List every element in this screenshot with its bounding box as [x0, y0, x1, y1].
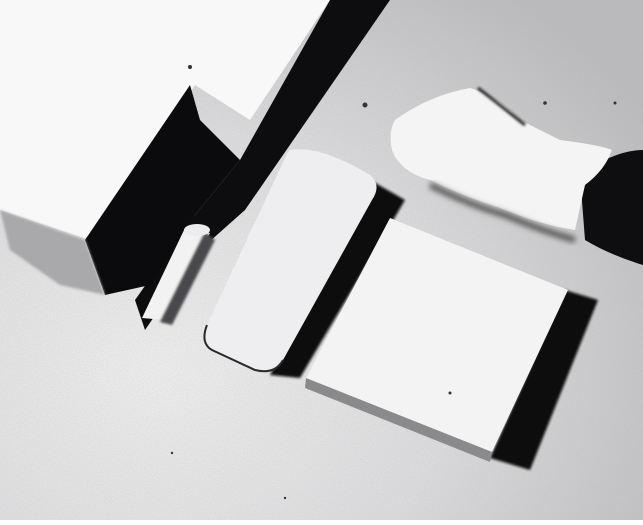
photograph: [0, 0, 643, 525]
photo-border: [0, 520, 643, 525]
photo-scene: [0, 0, 643, 525]
